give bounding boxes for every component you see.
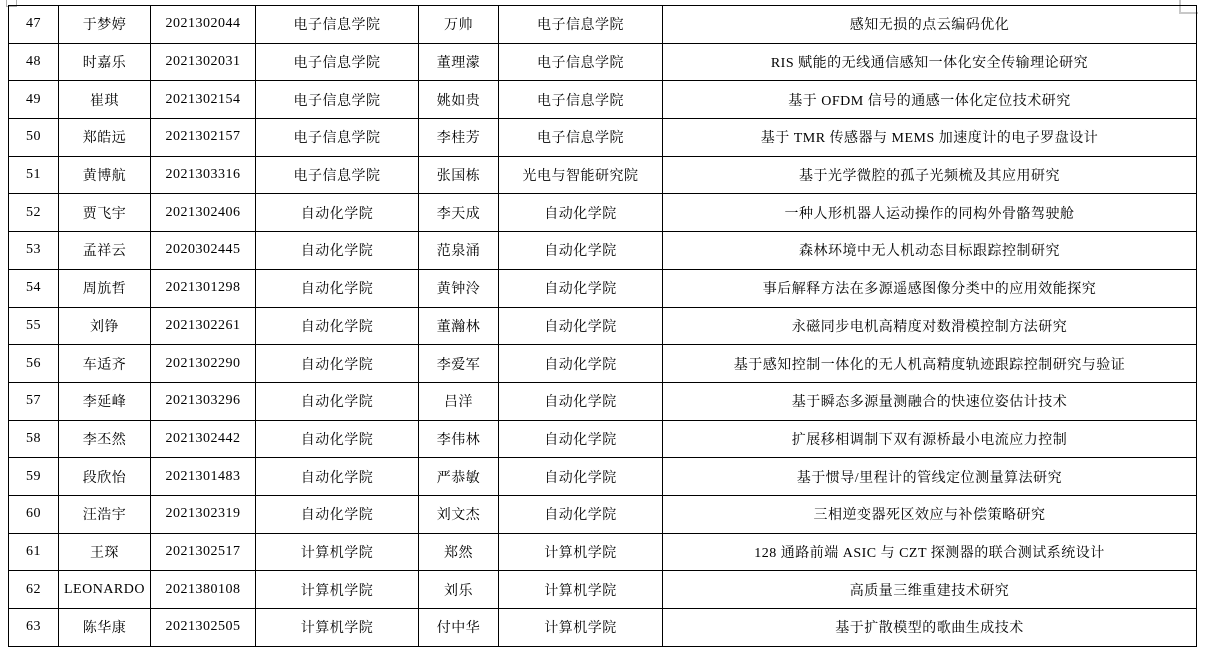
table-row: 53孟祥云2020302445自动化学院范泉涌自动化学院森林环境中无人机动态目标…: [9, 232, 1197, 270]
cell-college: 电子信息学院: [256, 119, 419, 157]
cell-name: 贾飞宇: [59, 194, 151, 232]
cell-advisor-college: 自动化学院: [499, 382, 663, 420]
table-row: 56车适齐2021302290自动化学院李爱军自动化学院基于感知控制一体化的无人…: [9, 345, 1197, 383]
cell-student-id: 2021302505: [151, 609, 256, 647]
cell-student-id: 2021302154: [151, 81, 256, 119]
cell-title: 基于扩散模型的歌曲生成技术: [663, 609, 1197, 647]
cell-advisor-college: 电子信息学院: [499, 119, 663, 157]
table-row: 60汪浩宇2021302319自动化学院刘文杰自动化学院三相逆变器死区效应与补偿…: [9, 495, 1197, 533]
cell-name: 车适齐: [59, 345, 151, 383]
cell-student-id: 2021302517: [151, 533, 256, 571]
cell-no: 60: [9, 495, 59, 533]
cell-advisor-college: 电子信息学院: [499, 6, 663, 44]
cell-no: 52: [9, 194, 59, 232]
cell-advisor: 李爱军: [419, 345, 499, 383]
student-project-table: 47于梦婷2021302044电子信息学院万帅电子信息学院感知无损的点云编码优化…: [8, 5, 1197, 647]
cell-college: 计算机学院: [256, 571, 419, 609]
cell-no: 58: [9, 420, 59, 458]
cell-student-id: 2021302031: [151, 43, 256, 81]
cell-advisor: 李伟林: [419, 420, 499, 458]
cell-title: 森林环境中无人机动态目标跟踪控制研究: [663, 232, 1197, 270]
table-row: 62LEONARDO2021380108计算机学院刘乐计算机学院高质量三维重建技…: [9, 571, 1197, 609]
table-row: 47于梦婷2021302044电子信息学院万帅电子信息学院感知无损的点云编码优化: [9, 6, 1197, 44]
cell-name: 王琛: [59, 533, 151, 571]
table-row: 48时嘉乐2021302031电子信息学院董理濛电子信息学院RIS 赋能的无线通…: [9, 43, 1197, 81]
cell-advisor: 万帅: [419, 6, 499, 44]
cell-title: 事后解释方法在多源遥感图像分类中的应用效能探究: [663, 269, 1197, 307]
cell-advisor: 吕洋: [419, 382, 499, 420]
cell-title: 基于瞬态多源量测融合的快速位姿估计技术: [663, 382, 1197, 420]
cell-no: 51: [9, 156, 59, 194]
cell-student-id: 2021303296: [151, 382, 256, 420]
cell-student-id: 2021380108: [151, 571, 256, 609]
cell-title: 扩展移相调制下双有源桥最小电流应力控制: [663, 420, 1197, 458]
table-row: 58李丕然2021302442自动化学院李伟林自动化学院扩展移相调制下双有源桥最…: [9, 420, 1197, 458]
cell-student-id: 2021302319: [151, 495, 256, 533]
cell-name: 李延峰: [59, 382, 151, 420]
cell-advisor: 刘乐: [419, 571, 499, 609]
cell-no: 50: [9, 119, 59, 157]
cell-advisor: 刘文杰: [419, 495, 499, 533]
cell-advisor: 李桂芳: [419, 119, 499, 157]
cell-advisor-college: 自动化学院: [499, 495, 663, 533]
cell-no: 55: [9, 307, 59, 345]
cell-advisor-college: 自动化学院: [499, 420, 663, 458]
cell-student-id: 2021302261: [151, 307, 256, 345]
cell-no: 63: [9, 609, 59, 647]
cell-advisor-college: 光电与智能研究院: [499, 156, 663, 194]
cell-name: 于梦婷: [59, 6, 151, 44]
cell-student-id: 2020302445: [151, 232, 256, 270]
cell-name: 郑皓远: [59, 119, 151, 157]
cell-college: 电子信息学院: [256, 156, 419, 194]
cell-advisor: 付中华: [419, 609, 499, 647]
cell-advisor-college: 计算机学院: [499, 571, 663, 609]
table-row: 55刘铮2021302261自动化学院董瀚林自动化学院永磁同步电机高精度对数滑模…: [9, 307, 1197, 345]
cell-name: LEONARDO: [59, 571, 151, 609]
cell-title: 永磁同步电机高精度对数滑模控制方法研究: [663, 307, 1197, 345]
cell-no: 57: [9, 382, 59, 420]
cell-name: 刘铮: [59, 307, 151, 345]
cell-advisor-college: 自动化学院: [499, 194, 663, 232]
cell-title: 高质量三维重建技术研究: [663, 571, 1197, 609]
cell-no: 47: [9, 6, 59, 44]
cell-no: 53: [9, 232, 59, 270]
cell-no: 59: [9, 458, 59, 496]
cell-student-id: 2021301483: [151, 458, 256, 496]
cell-name: 孟祥云: [59, 232, 151, 270]
table-row: 52贾飞宇2021302406自动化学院李天成自动化学院一种人形机器人运动操作的…: [9, 194, 1197, 232]
cell-college: 自动化学院: [256, 495, 419, 533]
cell-name: 李丕然: [59, 420, 151, 458]
cell-no: 48: [9, 43, 59, 81]
cell-advisor-college: 自动化学院: [499, 307, 663, 345]
cell-college: 自动化学院: [256, 382, 419, 420]
cell-name: 周斻哲: [59, 269, 151, 307]
table-row: 59段欣怡2021301483自动化学院严恭敏自动化学院基于惯导/里程计的管线定…: [9, 458, 1197, 496]
table-body: 47于梦婷2021302044电子信息学院万帅电子信息学院感知无损的点云编码优化…: [9, 6, 1197, 647]
cell-title: 三相逆变器死区效应与补偿策略研究: [663, 495, 1197, 533]
cell-advisor: 李天成: [419, 194, 499, 232]
cell-advisor-college: 计算机学院: [499, 533, 663, 571]
table-row: 61王琛2021302517计算机学院郑然计算机学院128 通路前端 ASIC …: [9, 533, 1197, 571]
cell-advisor: 董瀚林: [419, 307, 499, 345]
cell-title: 基于感知控制一体化的无人机高精度轨迹跟踪控制研究与验证: [663, 345, 1197, 383]
cell-student-id: 2021302044: [151, 6, 256, 44]
cell-name: 黄博航: [59, 156, 151, 194]
cell-advisor: 郑然: [419, 533, 499, 571]
table-row: 63陈华康2021302505计算机学院付中华计算机学院基于扩散模型的歌曲生成技…: [9, 609, 1197, 647]
cell-advisor-college: 自动化学院: [499, 269, 663, 307]
cell-college: 自动化学院: [256, 232, 419, 270]
table-row: 51黄博航2021303316电子信息学院张国栋光电与智能研究院基于光学微腔的孤…: [9, 156, 1197, 194]
cell-title: 基于光学微腔的孤子光频梳及其应用研究: [663, 156, 1197, 194]
cell-title: RIS 赋能的无线通信感知一体化安全传输理论研究: [663, 43, 1197, 81]
cell-advisor-college: 电子信息学院: [499, 81, 663, 119]
cell-name: 陈华康: [59, 609, 151, 647]
cell-college: 电子信息学院: [256, 6, 419, 44]
cell-no: 56: [9, 345, 59, 383]
cell-no: 61: [9, 533, 59, 571]
cell-title: 一种人形机器人运动操作的同构外骨骼驾驶舱: [663, 194, 1197, 232]
table-row: 57李延峰2021303296自动化学院吕洋自动化学院基于瞬态多源量测融合的快速…: [9, 382, 1197, 420]
cell-no: 49: [9, 81, 59, 119]
cell-advisor-college: 自动化学院: [499, 458, 663, 496]
cell-title: 基于惯导/里程计的管线定位测量算法研究: [663, 458, 1197, 496]
cell-advisor-college: 计算机学院: [499, 609, 663, 647]
cell-college: 自动化学院: [256, 420, 419, 458]
table-row: 49崔琪2021302154电子信息学院姚如贵电子信息学院基于 OFDM 信号的…: [9, 81, 1197, 119]
cell-name: 汪浩宇: [59, 495, 151, 533]
cell-advisor-college: 自动化学院: [499, 345, 663, 383]
cell-advisor: 董理濛: [419, 43, 499, 81]
cell-student-id: 2021302442: [151, 420, 256, 458]
cell-advisor: 姚如贵: [419, 81, 499, 119]
cell-college: 自动化学院: [256, 345, 419, 383]
cell-college: 电子信息学院: [256, 81, 419, 119]
table-row: 54周斻哲2021301298自动化学院黄钟泠自动化学院事后解释方法在多源遥感图…: [9, 269, 1197, 307]
cell-college: 计算机学院: [256, 533, 419, 571]
cell-name: 时嘉乐: [59, 43, 151, 81]
cell-name: 崔琪: [59, 81, 151, 119]
cell-college: 计算机学院: [256, 609, 419, 647]
cell-advisor-college: 电子信息学院: [499, 43, 663, 81]
cell-title: 感知无损的点云编码优化: [663, 6, 1197, 44]
cell-title: 128 通路前端 ASIC 与 CZT 探测器的联合测试系统设计: [663, 533, 1197, 571]
cell-advisor: 黄钟泠: [419, 269, 499, 307]
cell-college: 自动化学院: [256, 307, 419, 345]
cell-advisor-college: 自动化学院: [499, 232, 663, 270]
cell-advisor: 张国栋: [419, 156, 499, 194]
cell-student-id: 2021302157: [151, 119, 256, 157]
cell-title: 基于 OFDM 信号的通感一体化定位技术研究: [663, 81, 1197, 119]
cell-student-id: 2021302290: [151, 345, 256, 383]
cell-college: 自动化学院: [256, 269, 419, 307]
cell-student-id: 2021303316: [151, 156, 256, 194]
cell-student-id: 2021301298: [151, 269, 256, 307]
cell-name: 段欣怡: [59, 458, 151, 496]
cell-advisor: 严恭敏: [419, 458, 499, 496]
cell-student-id: 2021302406: [151, 194, 256, 232]
table-row: 50郑皓远2021302157电子信息学院李桂芳电子信息学院基于 TMR 传感器…: [9, 119, 1197, 157]
cell-college: 自动化学院: [256, 194, 419, 232]
cell-no: 54: [9, 269, 59, 307]
cell-college: 电子信息学院: [256, 43, 419, 81]
cell-college: 自动化学院: [256, 458, 419, 496]
cell-advisor: 范泉涌: [419, 232, 499, 270]
cell-no: 62: [9, 571, 59, 609]
cell-title: 基于 TMR 传感器与 MEMS 加速度计的电子罗盘设计: [663, 119, 1197, 157]
